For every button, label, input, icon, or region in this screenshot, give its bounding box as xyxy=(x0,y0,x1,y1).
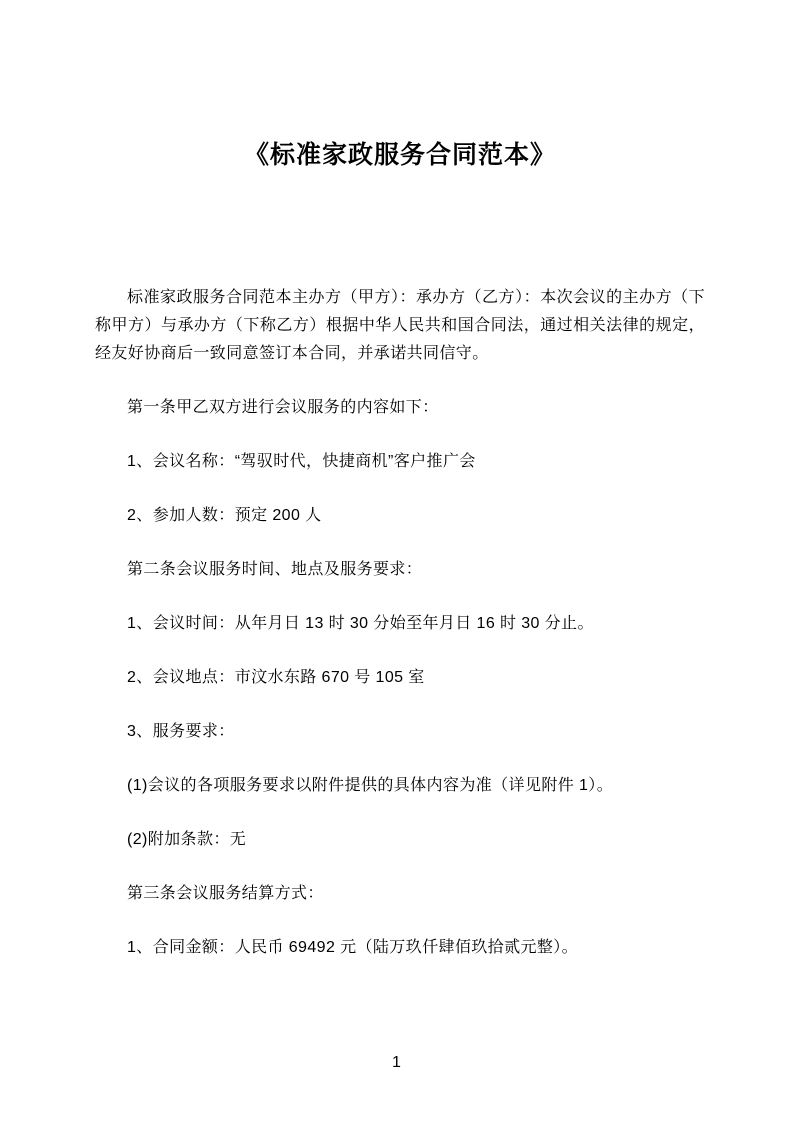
document-page: 《标准家政服务合同范本》 标准家政服务合同范本主办方（甲方）：承办方（乙方）：本… xyxy=(0,0,793,1122)
page-number: 1 xyxy=(0,1049,793,1077)
clause-2-heading: 第二条会议服务时间、地点及服务要求： xyxy=(95,556,705,584)
clause-3-heading: 第三条会议服务结算方式： xyxy=(95,880,705,908)
meeting-location-item: 2、会议地点：市汶水东路 670 号 105 室 xyxy=(95,664,705,692)
clause-1-heading: 第一条甲乙双方进行会议服务的内容如下： xyxy=(95,394,705,422)
intro-paragraph: 标准家政服务合同范本主办方（甲方）：承办方（乙方）：本次会议的主办方（下称甲方）… xyxy=(95,284,705,368)
document-content: 《标准家政服务合同范本》 标准家政服务合同范本主办方（甲方）：承办方（乙方）：本… xyxy=(0,0,793,962)
service-requirements-sub-item-1: (1)会议的各项服务要求以附件提供的具体内容为准（详见附件 1）。 xyxy=(95,772,705,800)
document-title: 《标准家政服务合同范本》 xyxy=(95,136,705,174)
contract-amount-item: 1、合同金额：人民币 69492 元（陆万玖仟肆佰玖拾贰元整）。 xyxy=(95,934,705,962)
meeting-name-item: 1、会议名称：“驾驭时代，快捷商机”客户推广会 xyxy=(95,448,705,476)
service-requirements-item: 3、服务要求： xyxy=(95,718,705,746)
meeting-time-item: 1、会议时间：从年月日 13 时 30 分始至年月日 16 时 30 分止。 xyxy=(95,610,705,638)
additional-terms-sub-item-2: (2)附加条款：无 xyxy=(95,826,705,854)
attendee-count-item: 2、参加人数：预定 200 人 xyxy=(95,502,705,530)
